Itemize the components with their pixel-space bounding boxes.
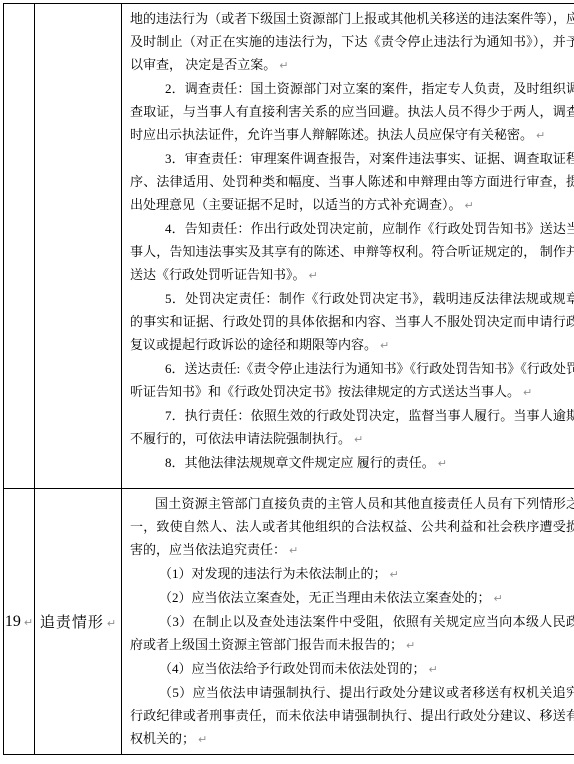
paragraph-text: 5．处罚决定责任：制作《行政处罚决定书》，载明违反法律法规或规章的事实和证据、行… [130,291,574,352]
page: 地的违法行为（或者下级国土资源部门上报或其他机关移送的违法案件等），应及时制止（… [0,0,574,764]
paragraph-item-2: （2）应当依法立案查处，无正当理由未依法立案查处的；↵ [130,586,574,610]
paragraph-mark-icon: ↵ [533,129,545,142]
paragraph-mark-icon: ↵ [195,733,207,746]
paragraph-item-3: （3）在制止以及查处违法案件中受阻，依照有关规定应当向本级人民政府或者上级国土资… [130,610,574,657]
paragraph-item-4: （4）应当依法给予行政处罚而未依法处罚的；↵ [130,657,574,681]
content-cell-duties: 地的违法行为（或者下级国土资源部门上报或其他机关移送的违法案件等），应及时制止（… [122,4,574,489]
row-category-cell-empty [35,4,122,489]
paragraph-mark-icon: ↵ [286,544,298,557]
paragraph-mark-icon: ↵ [276,59,288,72]
paragraph-item-5: （5）应当依法申请强制执行、提出行政处分建议或者移送有权机关追究行政纪律或者刑事… [130,681,574,751]
row-category: 追责情形 [40,615,104,631]
paragraph-duty-6: 6．送达责任:《责令停止违法行为通知书》《行政处罚告知书》《行政处罚听证告知书》… [130,357,574,404]
paragraph-text: 国土资源主管部门直接负责的主管人员和其他直接责任人员有下列情形之一，致使自然人、… [130,496,574,557]
paragraph-mark-icon: ↵ [435,457,447,470]
paragraph-mark-icon: ↵ [426,663,438,676]
paragraph-text: （2）应当依法立案查处，无正当理由未依法立案查处的； [159,590,491,605]
paragraph-duty-4: 4．告知责任：作出行政处罚决定前，应制作《行政处罚告知书》送达当事人，告知违法事… [130,217,574,287]
paragraph-mark-icon: ↵ [520,386,532,399]
paragraph-duty-2: 2．调查责任：国土资源部门对立案的案件，指定专人负责，及时组织调查取证，与当事人… [130,77,574,147]
paragraph-text: （1）对发现的违法行为未依法制止的； [159,566,387,581]
paragraph-mark-icon: ↵ [387,568,399,581]
paragraph-duty-8: 8．其他法律法规规章文件规定应 履行的责任。↵ [130,451,574,475]
paragraph-mark-icon: ↵ [306,269,318,282]
cell-mark-icon: ↵ [104,617,116,630]
paragraph-mark-icon: ↵ [403,639,415,652]
paragraph-text: （3）在制止以及查处违法案件中受阻，依照有关规定应当向本级人民政府或者上级国土资… [130,614,574,652]
paragraph-mark-icon: ↵ [462,199,474,212]
paragraph-duty-3: 3．审查责任：审理案件调查报告，对案件违法事实、证据、调查取证程序、法律适用、处… [130,147,574,217]
row-number: 19 [5,613,21,630]
paragraph-text: 地的违法行为（或者下级国土资源部门上报或其他机关移送的违法案件等），应及时制止（… [130,11,574,72]
content-cell-accountability: 国土资源主管部门直接负责的主管人员和其他直接责任人员有下列情形之一，致使自然人、… [122,489,574,755]
paragraph-text: （4）应当依法给予行政处罚而未依法处罚的； [159,661,426,676]
paragraph-mark-icon: ↵ [491,592,503,605]
paragraph-text: 2．调查责任：国土资源部门对立案的案件，指定专人负责，及时组织调查取证，与当事人… [130,81,574,142]
table-row-19: 19↵ 追责情形↵ 国土资源主管部门直接负责的主管人员和其他直接责任人员有下列情… [4,489,574,755]
paragraph-accountability-intro: 国土资源主管部门直接负责的主管人员和其他直接责任人员有下列情形之一，致使自然人、… [130,492,574,562]
paragraph-duty-5: 5．处罚决定责任：制作《行政处罚决定书》，载明违反法律法规或规章的事实和证据、行… [130,287,574,357]
paragraph-mark-icon: ↵ [351,433,363,446]
responsibility-table: 地的违法行为（或者下级国土资源部门上报或其他机关移送的违法案件等），应及时制止（… [3,3,574,755]
paragraph-duty-7: 7．执行责任：依照生效的行政处罚决定，监督当事人履行。当事人逾期不履行的，可依法… [130,404,574,451]
paragraph-text: 3．审查责任：审理案件调查报告，对案件违法事实、证据、调查取证程序、法律适用、处… [130,151,574,212]
paragraph-mark-icon: ↵ [377,339,389,352]
paragraph-text: 4．告知责任：作出行政处罚决定前，应制作《行政处罚告知书》送达当事人，告知违法事… [130,221,574,282]
cell-mark-icon: ↵ [21,616,33,629]
row-number-cell-empty [4,4,35,489]
table-row-continuation: 地的违法行为（或者下级国土资源部门上报或其他机关移送的违法案件等），应及时制止（… [4,4,574,489]
paragraph-duty-1-continuation: 地的违法行为（或者下级国土资源部门上报或其他机关移送的违法案件等），应及时制止（… [130,7,574,77]
paragraph-text: 6．送达责任:《责令停止违法行为通知书》《行政处罚告知书》《行政处罚听证告知书》… [130,361,574,399]
row-category-cell: 追责情形↵ [35,489,122,755]
paragraph-item-1: （1）对发现的违法行为未依法制止的；↵ [130,562,574,586]
paragraph-text: 8．其他法律法规规章文件规定应 履行的责任。 [165,455,435,470]
row-number-cell: 19↵ [4,489,35,755]
